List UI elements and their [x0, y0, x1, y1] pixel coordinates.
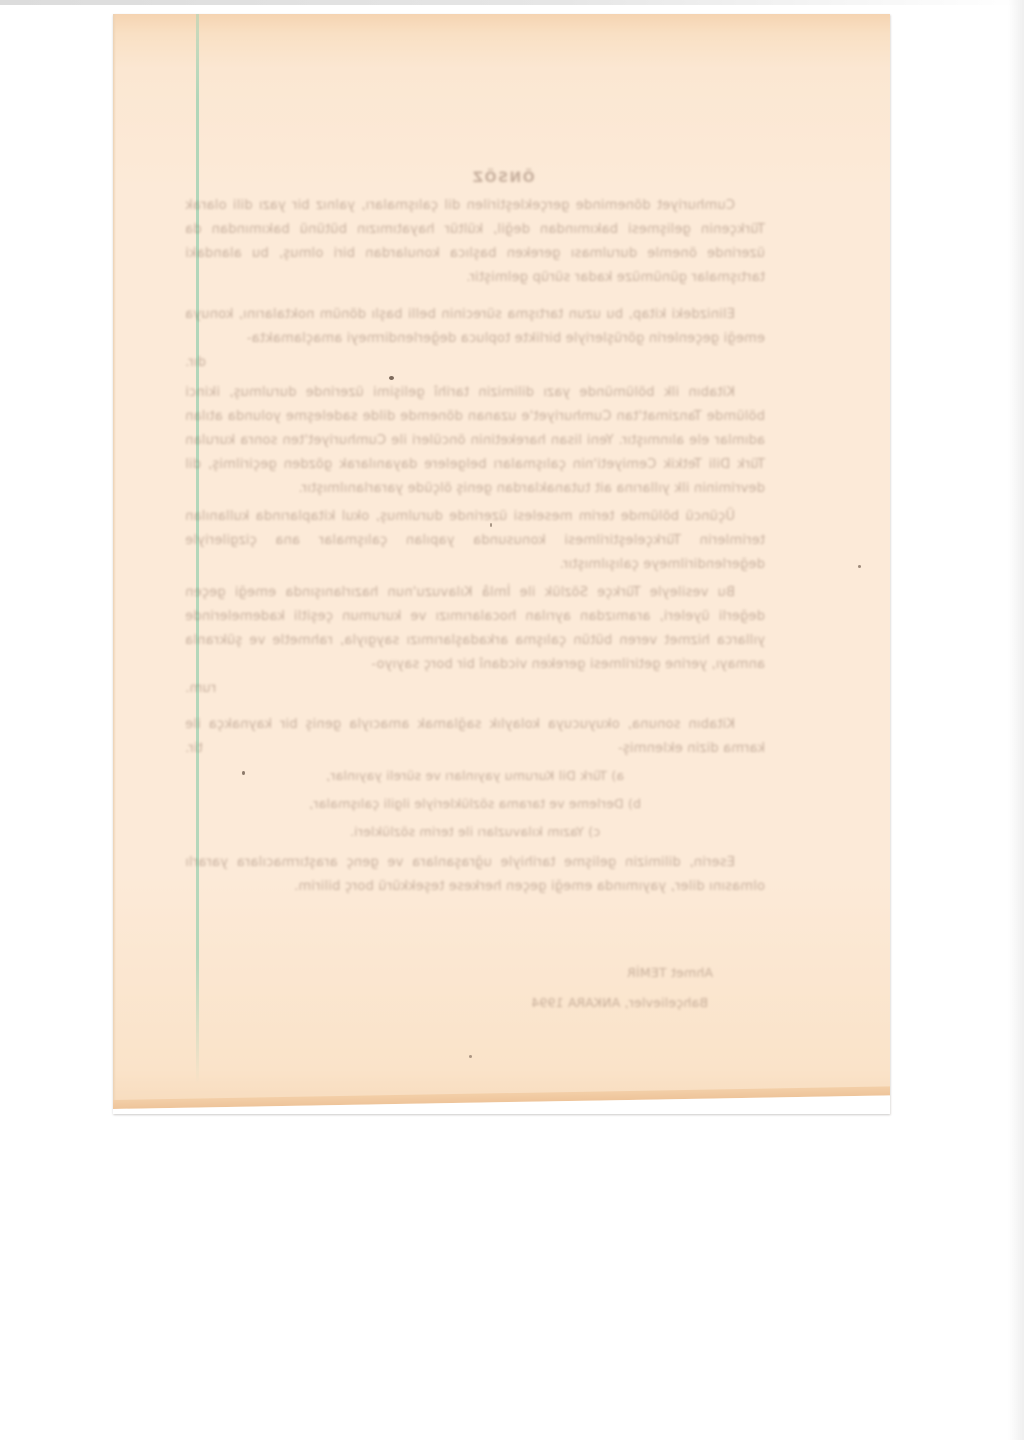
paragraph-1: Cumhuriyet döneminde gerçekleştirilen di… [185, 194, 765, 290]
ink-speck [242, 771, 245, 775]
paragraph-4: Üçüncü bölümde terim meselesi üzerinde d… [185, 505, 765, 577]
ink-speck [858, 565, 861, 568]
page-title: ÖNSÖZ [213, 166, 793, 190]
bleedthrough-text-layer: ÖNSÖZ Cumhuriyet döneminde gerçekleştiri… [185, 14, 765, 1104]
signature-name: Ahmet TEMİR [627, 961, 713, 985]
scanner-edge-strip-top [0, 0, 1024, 5]
paragraph-5: Bu vesileyle Türkçe Sözlük ile İmlâ Kıla… [185, 581, 765, 677]
scanner-edge-strip-right [1008, 0, 1024, 1440]
paragraph-5-tail: rum. [185, 677, 305, 701]
paragraph-6-tail: tir. [185, 737, 305, 761]
ink-speck [490, 523, 492, 527]
list-item-a: a) Türk Dil Kurumu yayınları ve süreli y… [185, 764, 765, 788]
paragraph-7: Eserin, dilimizin gelişme tarihiyle uğra… [185, 851, 765, 899]
paragraph-2: Elinizdeki kitap, bu uzun tartışma sürec… [185, 303, 765, 351]
list-item-b: b) Derleme ve tarama sözlükleriyle ilgil… [185, 792, 765, 816]
scan-background: ÖNSÖZ Cumhuriyet döneminde gerçekleştiri… [0, 0, 1024, 1440]
paragraph-3: Kitabın ilk bölümünde yazı dilimizin tar… [185, 381, 765, 501]
signature-place-date: Bahçelievler, ANKARA 1994 [531, 991, 708, 1015]
ink-speck [469, 1055, 472, 1058]
ink-speck [389, 376, 394, 380]
scanned-page: ÖNSÖZ Cumhuriyet döneminde gerçekleştiri… [113, 14, 890, 1114]
paragraph-2-tail: dır. [185, 351, 305, 375]
page-crease [113, 14, 116, 1114]
list-item-c: c) Yazım kılavuzları ile terim sözlükler… [185, 820, 765, 844]
